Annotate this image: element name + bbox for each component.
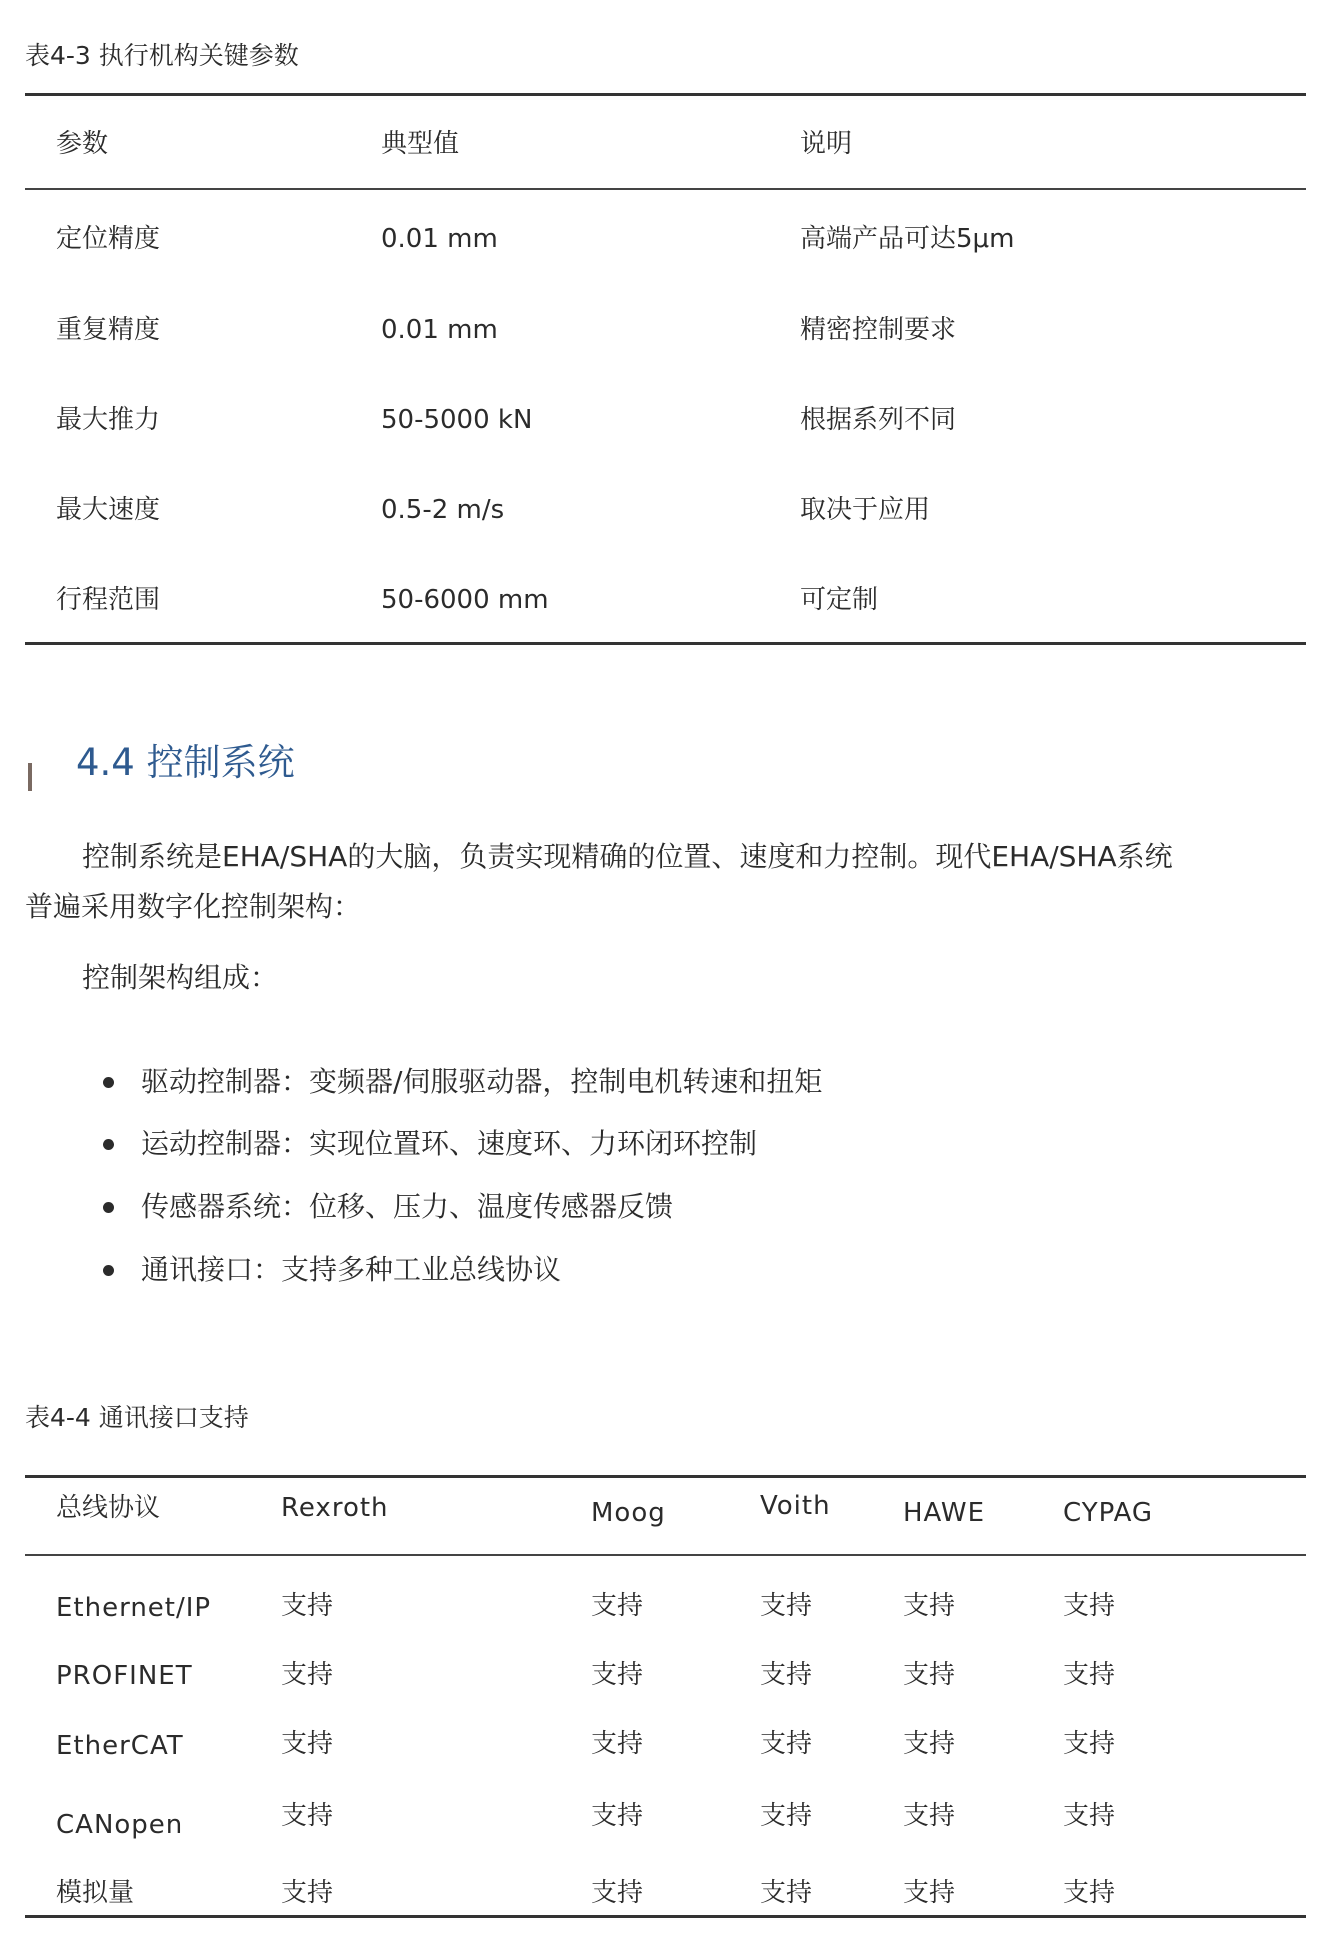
table-4-3-cell: 最大速度 (56, 497, 160, 523)
table-4-3-cell: 精密控制要求 (800, 317, 956, 343)
table-4-4-top-rule (25, 1475, 1306, 1478)
table-4-4-cell: Ethernet/IP (56, 1595, 211, 1621)
table-4-4-cell: 支持 (760, 1880, 812, 1906)
table-4-3-cell: 取决于应用 (800, 497, 930, 523)
bullet-icon (103, 1265, 114, 1276)
table-4-4-cell: 支持 (281, 1803, 333, 1829)
table-4-3-header-value: 典型值 (381, 131, 459, 157)
table-4-4-cell: 支持 (1063, 1593, 1115, 1619)
bullet-icon (103, 1202, 114, 1213)
table-4-4-cell: 支持 (1063, 1803, 1115, 1829)
table-4-3-cell: 50-6000 mm (381, 587, 549, 613)
table-4-3-cell: 0.01 mm (381, 317, 498, 343)
table-4-3-cell: 行程范围 (56, 587, 160, 613)
list-item-text: 运动控制器：实现位置环、速度环、力环闭环控制 (141, 1130, 757, 1158)
table-4-4-cell: EtherCAT (56, 1733, 184, 1759)
table-4-3-header-param: 参数 (56, 131, 108, 157)
table-4-4-cell: 支持 (760, 1662, 812, 1688)
table-4-4-cell: 支持 (760, 1593, 812, 1619)
table-4-4-cell: 支持 (591, 1593, 643, 1619)
table-4-3-cell: 定位精度 (56, 226, 160, 252)
list-intro: 控制架构组成： (82, 964, 278, 992)
table-4-4-header-hawe: HAWE (903, 1500, 985, 1526)
table-4-4-cell: 支持 (591, 1731, 643, 1757)
bullet-icon (103, 1077, 114, 1088)
table-4-4-cell: 支持 (281, 1731, 333, 1757)
table-4-4-cell: 支持 (591, 1662, 643, 1688)
section-heading: 4.4 控制系统 (76, 744, 295, 781)
list-item-text: 通讯接口：支持多种工业总线协议 (141, 1256, 561, 1284)
table-4-4-cell: 支持 (903, 1880, 955, 1906)
table-4-4-cell: 模拟量 (56, 1880, 134, 1906)
table-4-3-top-rule (25, 93, 1306, 96)
table-4-4-header-protocol: 总线协议 (56, 1495, 160, 1521)
table-4-4-cell: 支持 (281, 1662, 333, 1688)
table-4-4-cell: 支持 (1063, 1662, 1115, 1688)
table-4-3-header-note: 说明 (800, 131, 852, 157)
table-4-4-bottom-rule (25, 1915, 1306, 1918)
table-4-4-caption: 表4-4 通讯接口支持 (25, 1398, 249, 1434)
table-4-4-cell: 支持 (1063, 1731, 1115, 1757)
table-4-4-cell: 支持 (903, 1731, 955, 1757)
table-4-3-cell: 0.01 mm (381, 226, 498, 252)
table-4-4-header-voith: Voith (760, 1493, 831, 1519)
table-4-3-cell: 高端产品可达5μm (800, 226, 1014, 252)
table-4-4-header-cypag: CYPAG (1063, 1500, 1153, 1526)
table-4-3-caption: 表4-3 执行机构关键参数 (25, 36, 299, 72)
paragraph-line-1: 控制系统是EHA/SHA的大脑，负责实现精确的位置、速度和力控制。现代EHA/S… (82, 843, 1173, 871)
table-4-4-cell: 支持 (591, 1880, 643, 1906)
table-4-3-cell: 0.5-2 m/s (381, 497, 504, 523)
table-4-3-cell: 根据系列不同 (800, 407, 956, 433)
table-4-4-cell: PROFINET (56, 1663, 193, 1689)
table-4-4-header-rexroth: Rexroth (281, 1495, 389, 1521)
table-4-4-cell: 支持 (281, 1880, 333, 1906)
table-4-4-header-rule (25, 1554, 1306, 1556)
table-4-4-cell: 支持 (1063, 1880, 1115, 1906)
table-4-4-cell: 支持 (760, 1803, 812, 1829)
heading-bar-icon (28, 763, 32, 791)
table-4-3-cell: 最大推力 (56, 407, 160, 433)
bullet-icon (103, 1139, 114, 1150)
table-4-4-cell: CANopen (56, 1812, 183, 1838)
table-4-3-cell: 重复精度 (56, 317, 160, 343)
paragraph-line-2: 普遍采用数字化控制架构： (25, 893, 361, 921)
table-4-4-cell: 支持 (903, 1662, 955, 1688)
table-4-3-cell: 可定制 (800, 587, 878, 613)
table-4-3-cell: 50-5000 kN (381, 407, 532, 433)
table-4-4-cell: 支持 (760, 1731, 812, 1757)
table-4-4-cell: 支持 (903, 1593, 955, 1619)
table-4-4-cell: 支持 (281, 1593, 333, 1619)
table-4-4-cell: 支持 (903, 1803, 955, 1829)
table-4-4-header-moog: Moog (591, 1500, 666, 1526)
list-item-text: 传感器系统：位移、压力、温度传感器反馈 (141, 1193, 673, 1221)
list-item-text: 驱动控制器：变频器/伺服驱动器，控制电机转速和扭矩 (141, 1068, 822, 1096)
table-4-4-cell: 支持 (591, 1803, 643, 1829)
table-4-3-bottom-rule (25, 642, 1306, 645)
table-4-3-header-rule (25, 188, 1306, 190)
